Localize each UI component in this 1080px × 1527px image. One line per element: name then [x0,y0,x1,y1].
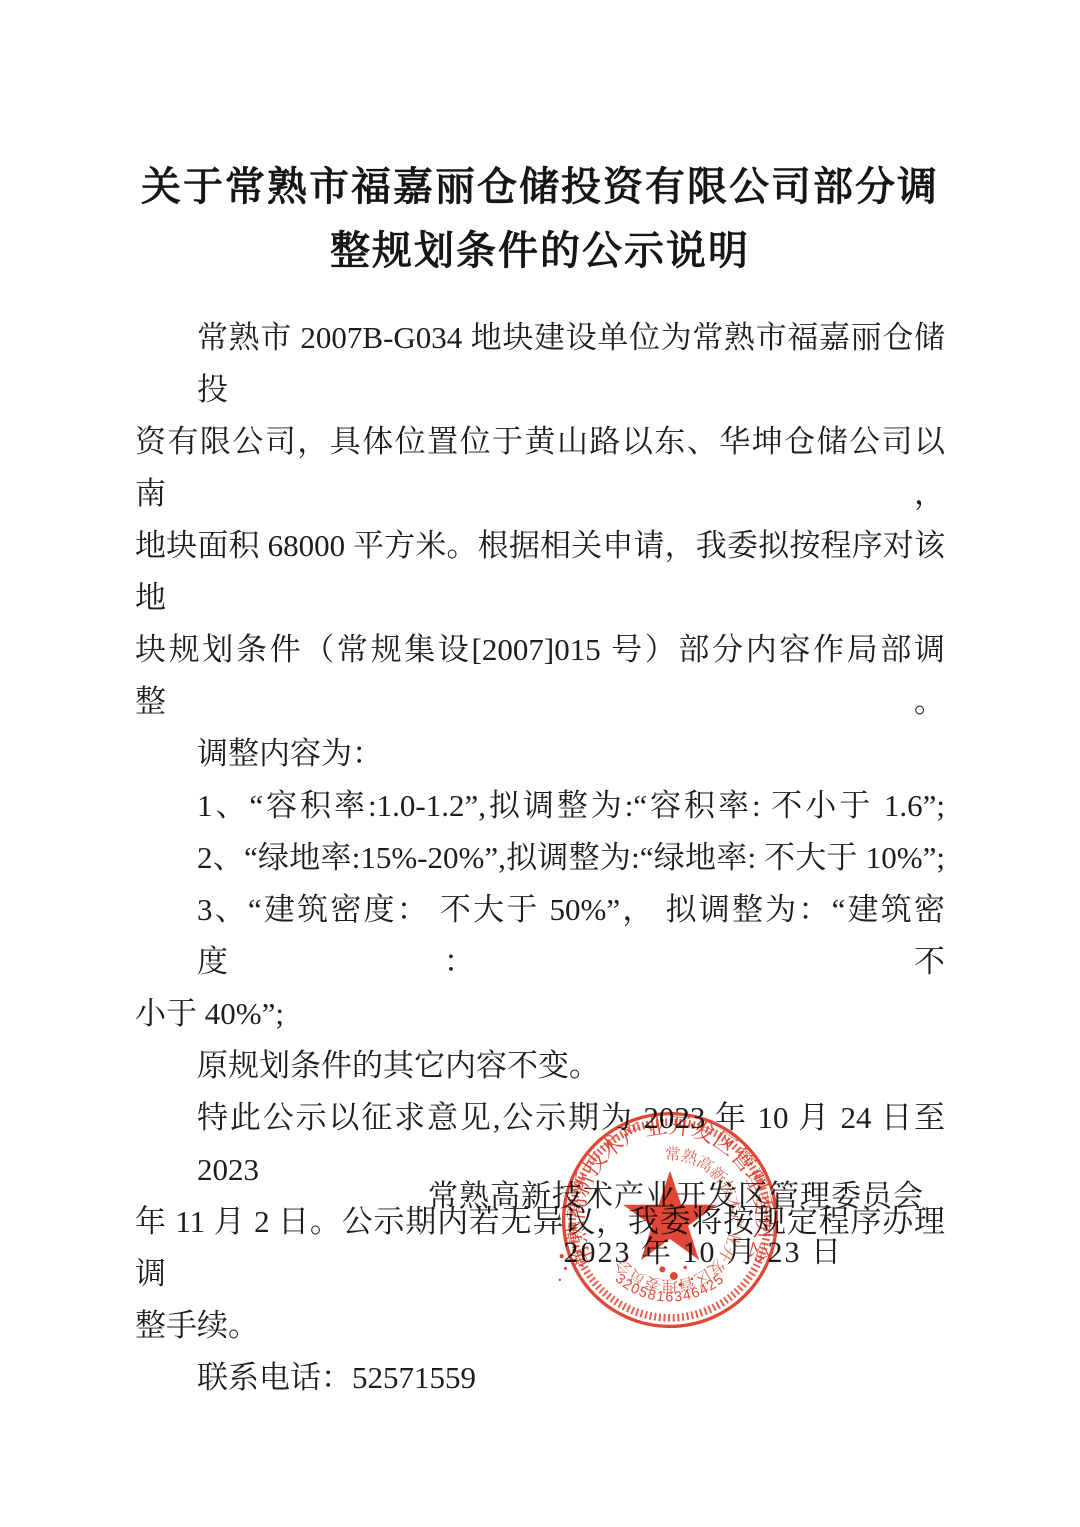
document-title: 关于常熟市福嘉丽仓储投资有限公司部分调 整规划条件的公示说明 [0,155,1080,283]
title-line-2: 整规划条件的公示说明 [0,219,1080,283]
body-line: 3、“建筑密度： 不大于 50%”， 拟调整为：“建筑密度： 不 [135,884,945,988]
body-line: 2、“绿地率:15%-20%”,拟调整为:“绿地率: 不大于 10%”; [135,832,945,884]
body-line: 调整内容为： [135,728,945,780]
body-line: 资有限公司，具体位置位于黄山路以东、华坤仓储公司以南， [135,416,945,520]
body-line: 小于 40%”; [135,988,945,1040]
body-line: 常熟市 2007B-G034 地块建设单位为常熟市福嘉丽仓储投 [135,312,945,416]
body-line: 1、“容积率:1.0-1.2”,拟调整为:“容积率: 不小于 1.6”; [135,780,945,832]
title-line-1: 关于常熟市福嘉丽仓储投资有限公司部分调 [0,155,1080,219]
body-line: 整手续。 [135,1300,945,1352]
body-line: 原规划条件的其它内容不变。 [135,1040,945,1092]
body-line: 地块面积 68000 平方米。根据相关申请，我委拟按程序对该地 [135,520,945,624]
body-line: 联系电话：52571559 [135,1352,945,1404]
body-line: 块规划条件（常规集设[2007]015 号）部分内容作局部调整。 [135,624,945,728]
notice-document: 关于常熟市福嘉丽仓储投资有限公司部分调 整规划条件的公示说明 常熟市 2007B… [0,0,1080,1527]
issuer-signature: 常熟高新技术产业开发区管理委员会 [428,1177,924,1217]
issue-date: 2023 年 10 月 23 日 [564,1233,844,1273]
